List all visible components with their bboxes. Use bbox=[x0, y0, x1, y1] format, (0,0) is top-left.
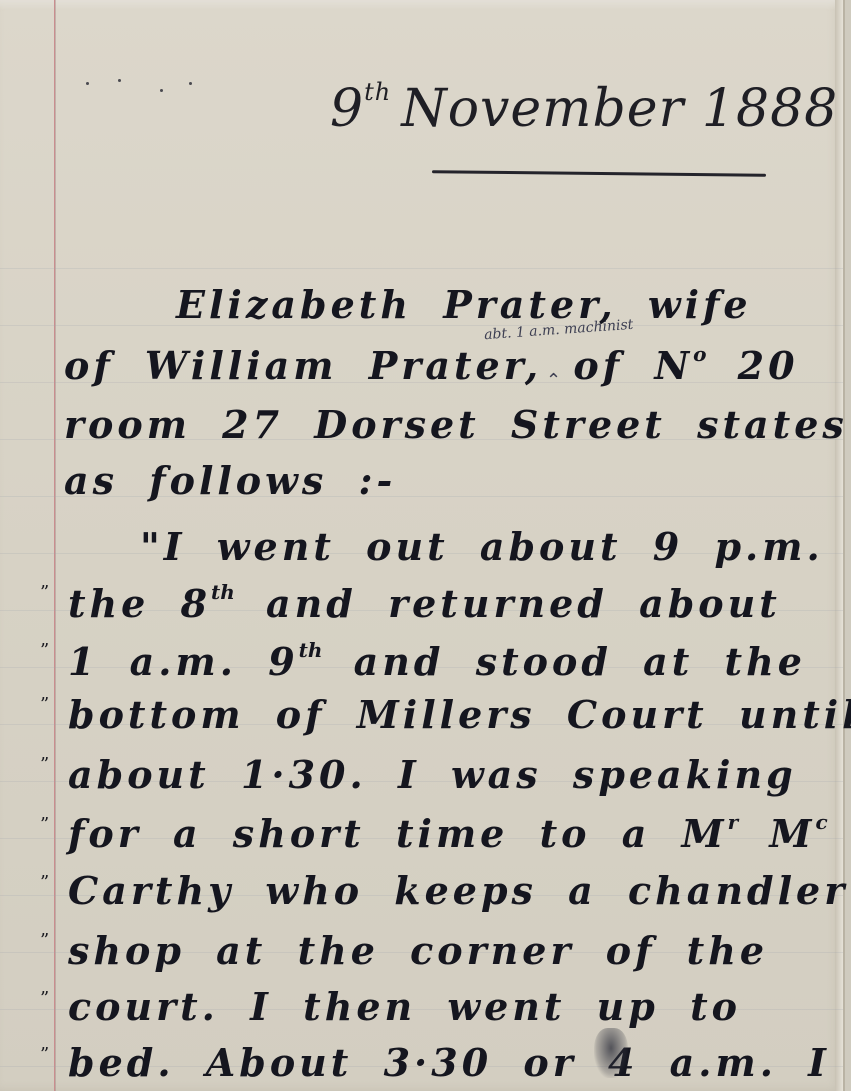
date-heading: 9thNovember 1888 bbox=[330, 78, 838, 139]
statement-line-1: Elizabeth Prater, wife bbox=[176, 282, 752, 327]
statement-line-12: shop at the corner of the bbox=[68, 928, 768, 973]
ditto-mark: ” bbox=[40, 694, 49, 715]
date-underline bbox=[432, 170, 766, 176]
statement-line-6: the 8th and returned about bbox=[68, 580, 781, 626]
ink-blot bbox=[594, 1028, 628, 1078]
page-top-highlight bbox=[0, 0, 843, 10]
ditto-mark: ” bbox=[40, 814, 49, 835]
statement-line-9: about 1·30. I was speaking bbox=[68, 752, 797, 797]
statement-line-8: bottom of Millers Court until bbox=[68, 692, 851, 737]
ditto-mark: ” bbox=[40, 754, 49, 775]
document-page: 9thNovember 1888 abt. 1 a.m. machinist ⌃… bbox=[0, 0, 845, 1091]
paper-speck bbox=[86, 82, 89, 85]
paper-speck bbox=[160, 89, 163, 92]
statement-line-5: "I went out about 9 p.m. on bbox=[140, 524, 851, 569]
statement-line-13: court. I then went up to bbox=[68, 984, 741, 1029]
ditto-mark: ” bbox=[40, 1044, 49, 1065]
statement-line-11: Carthy who keeps a chandler's bbox=[68, 868, 851, 913]
red-margin-line bbox=[54, 0, 55, 1091]
ditto-mark: ” bbox=[40, 872, 49, 893]
ditto-mark: ” bbox=[40, 930, 49, 951]
statement-line-3: room 27 Dorset Street states bbox=[64, 402, 848, 447]
date-day-suffix: th bbox=[364, 78, 391, 106]
ditto-mark: ” bbox=[40, 640, 49, 661]
ruled-line bbox=[0, 268, 843, 269]
statement-line-14: bed. About 3·30 or 4 a.m. I bbox=[68, 1040, 830, 1085]
date-day: 9 bbox=[330, 79, 364, 139]
statement-line-4: as follows :- bbox=[64, 458, 396, 503]
ditto-mark: ” bbox=[40, 582, 49, 603]
ditto-mark: ” bbox=[40, 988, 49, 1009]
date-month-year: November 1888 bbox=[401, 79, 838, 139]
statement-line-10: for a short time to a Mr Mc bbox=[68, 810, 828, 856]
paper-speck bbox=[189, 82, 192, 85]
paper-speck bbox=[118, 79, 121, 82]
statement-line-7: 1 a.m. 9th and stood at the bbox=[68, 638, 806, 684]
statement-line-2: of William Prater, of No 20 bbox=[64, 342, 799, 388]
